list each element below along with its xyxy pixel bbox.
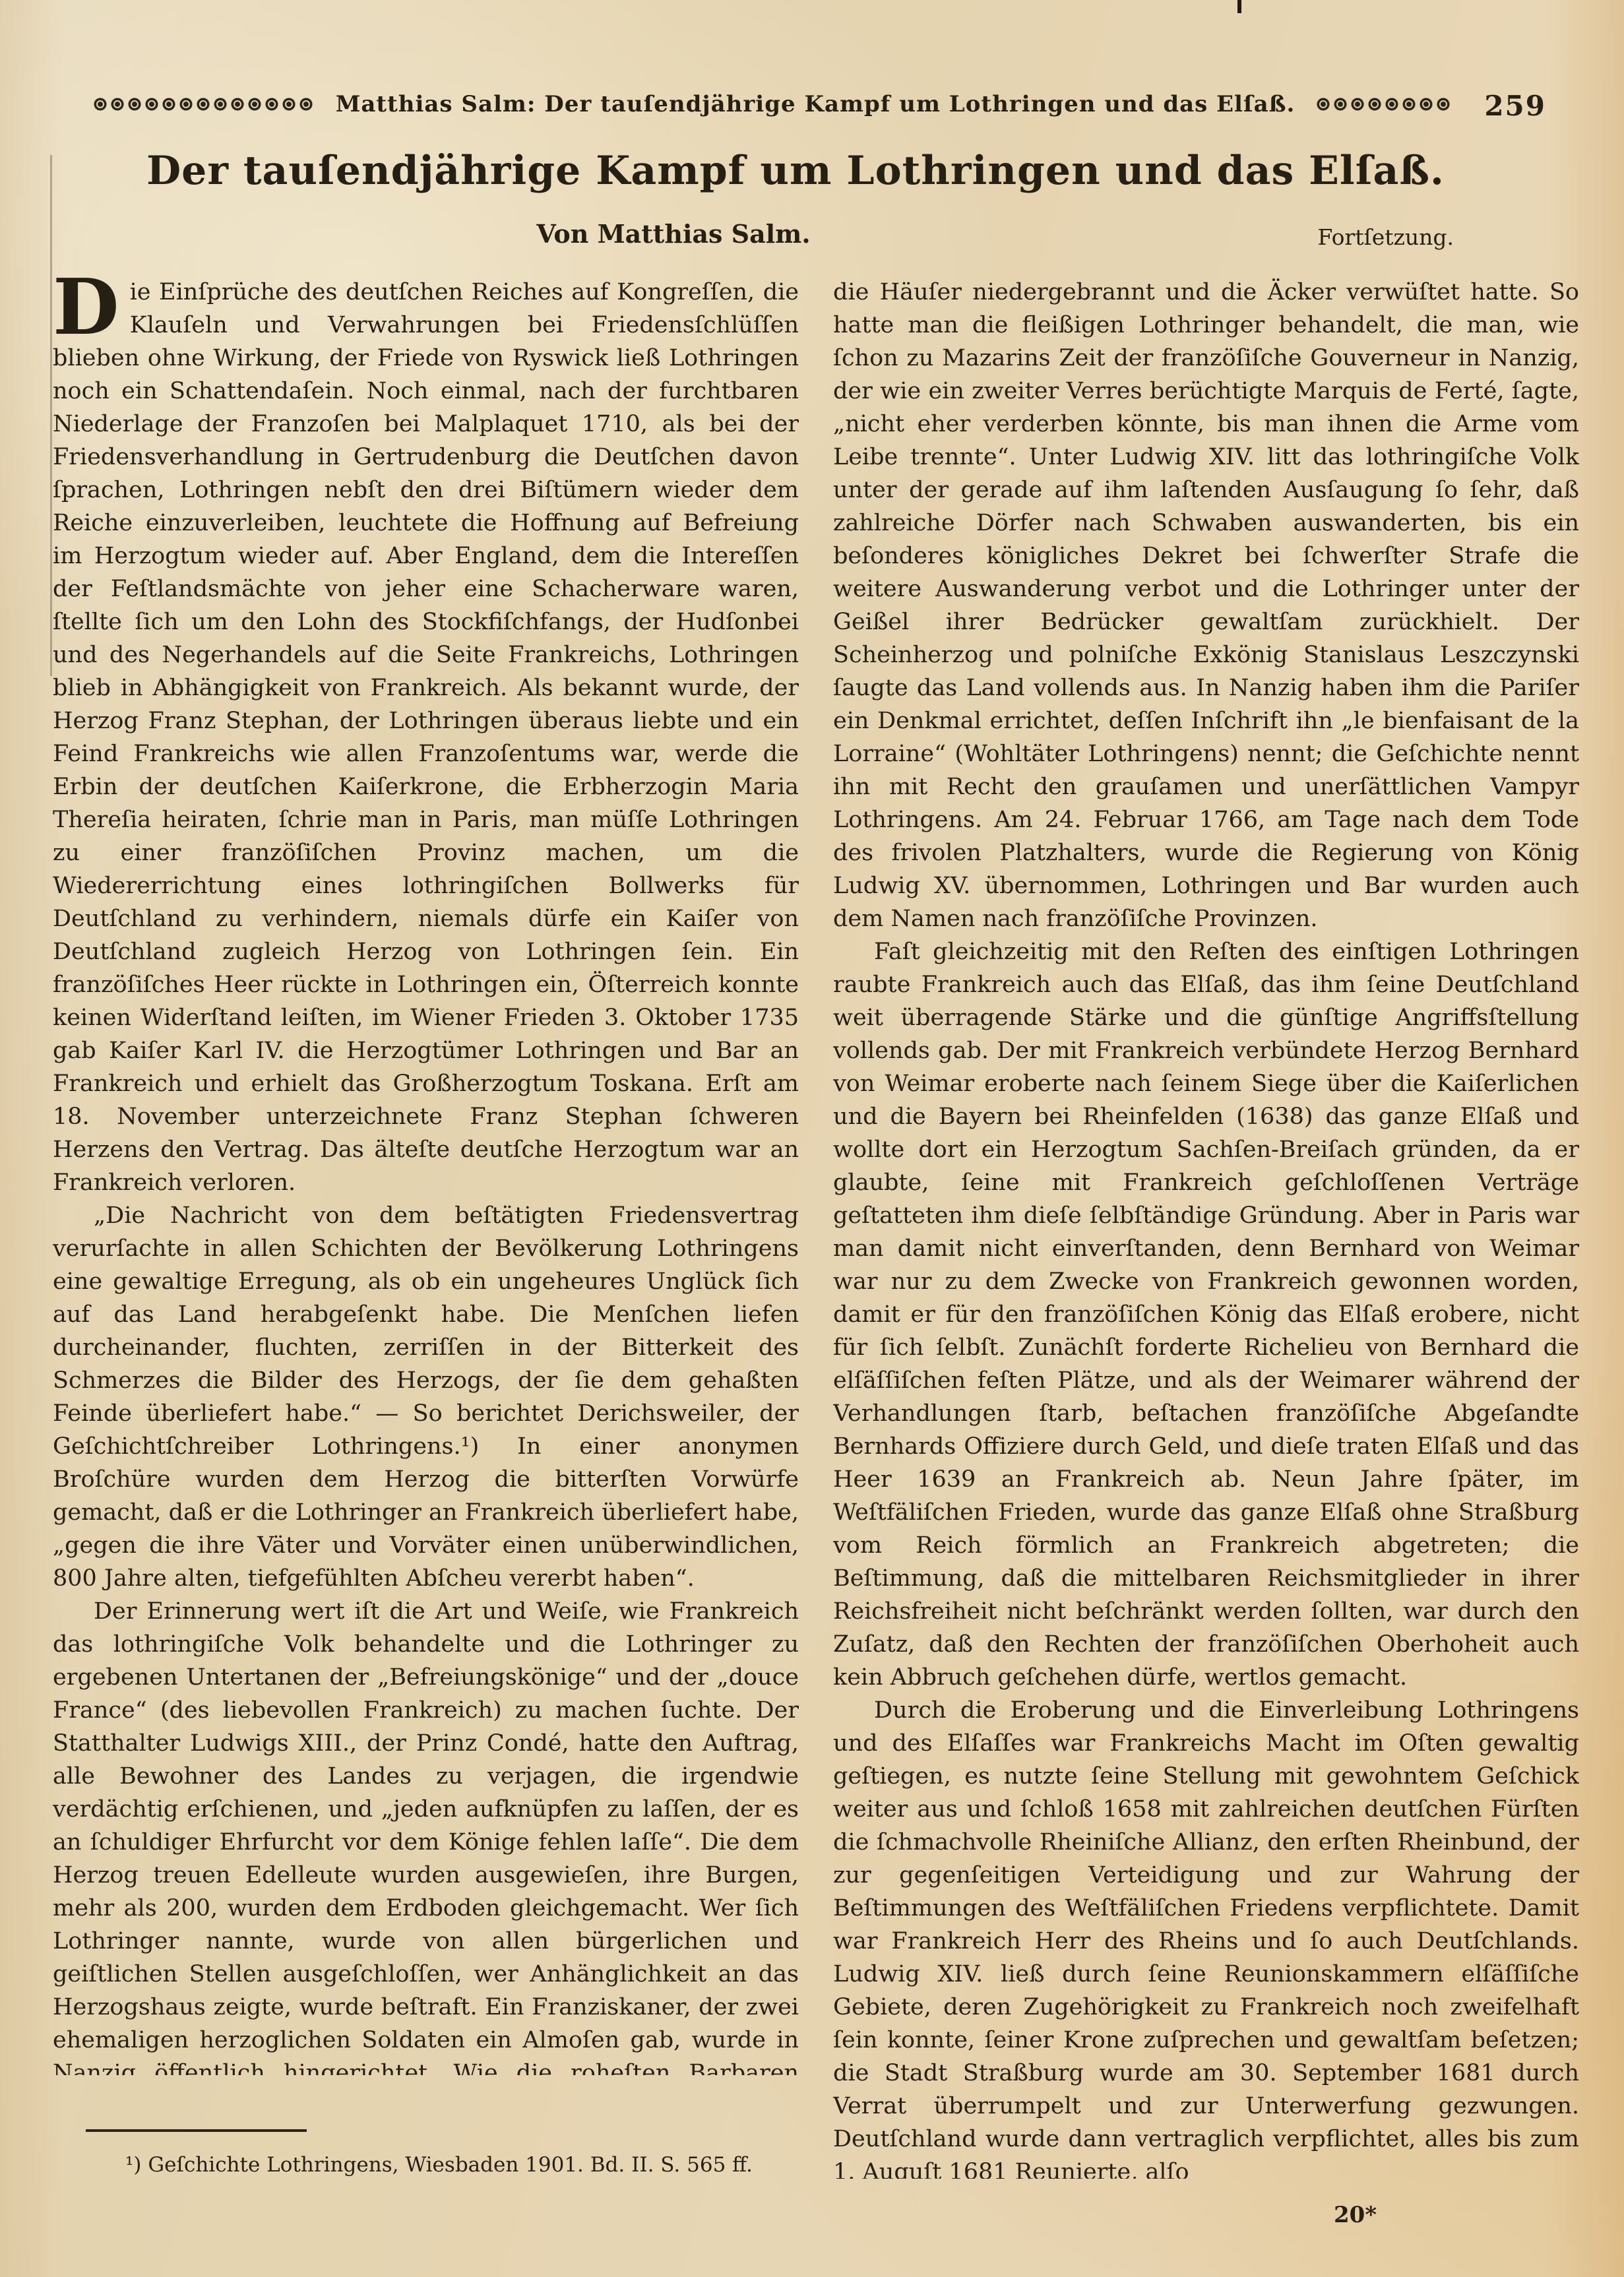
scan-artifact (1237, 0, 1241, 13)
left-column: Die Einſprüche des deutſchen Reiches auf… (53, 276, 799, 2075)
text-columns: Die Einſprüche des deutſchen Reiches auf… (53, 276, 1579, 2179)
running-head: Matthias Salm: Der tauſendjährige Kampf … (73, 91, 1472, 117)
body-paragraph: Der Erinnerung wert iſt die Art und Weiſ… (53, 1595, 799, 2075)
body-paragraph: Durch die Eroberung und die Einverleibun… (833, 1694, 1579, 2179)
signature-mark: 20* (1334, 2202, 1377, 2228)
body-paragraph: die Häuſer niedergebrannt und die Äcker … (833, 276, 1579, 935)
ornament-chain-icon (92, 97, 316, 111)
footnote-divider (86, 2129, 307, 2132)
right-column: die Häuſer niedergebrannt und die Äcker … (833, 276, 1579, 2179)
body-paragraph: „Die Nachricht von dem beſtätigten Fried… (53, 1199, 799, 1595)
body-paragraph: Die Einſprüche des deutſchen Reiches auf… (53, 276, 799, 1199)
page-number: 259 (1484, 90, 1546, 122)
paragraph-text: ie Einſprüche des deutſchen Reiches auf … (53, 279, 799, 1196)
running-head-title: Matthias Salm: Der tauſendjährige Kampf … (336, 91, 1296, 117)
scan-artifact (50, 155, 52, 676)
body-paragraph: Faſt gleichzeitig mit den Reſten des ein… (833, 935, 1579, 1694)
ornament-chain-icon (1315, 97, 1453, 111)
article-title: Der tauſendjährige Kampf um Lothringen u… (59, 148, 1532, 194)
continuation-note: Fortſetzung. (1317, 224, 1454, 250)
scanned-page: Matthias Salm: Der tauſendjährige Kampf … (0, 0, 1624, 2277)
footnote: ¹) Geſchichte Lothringens, Wiesbaden 190… (84, 2152, 797, 2178)
drop-cap: D (53, 276, 130, 338)
article-byline: Von Matthias Salm. (0, 219, 1347, 249)
